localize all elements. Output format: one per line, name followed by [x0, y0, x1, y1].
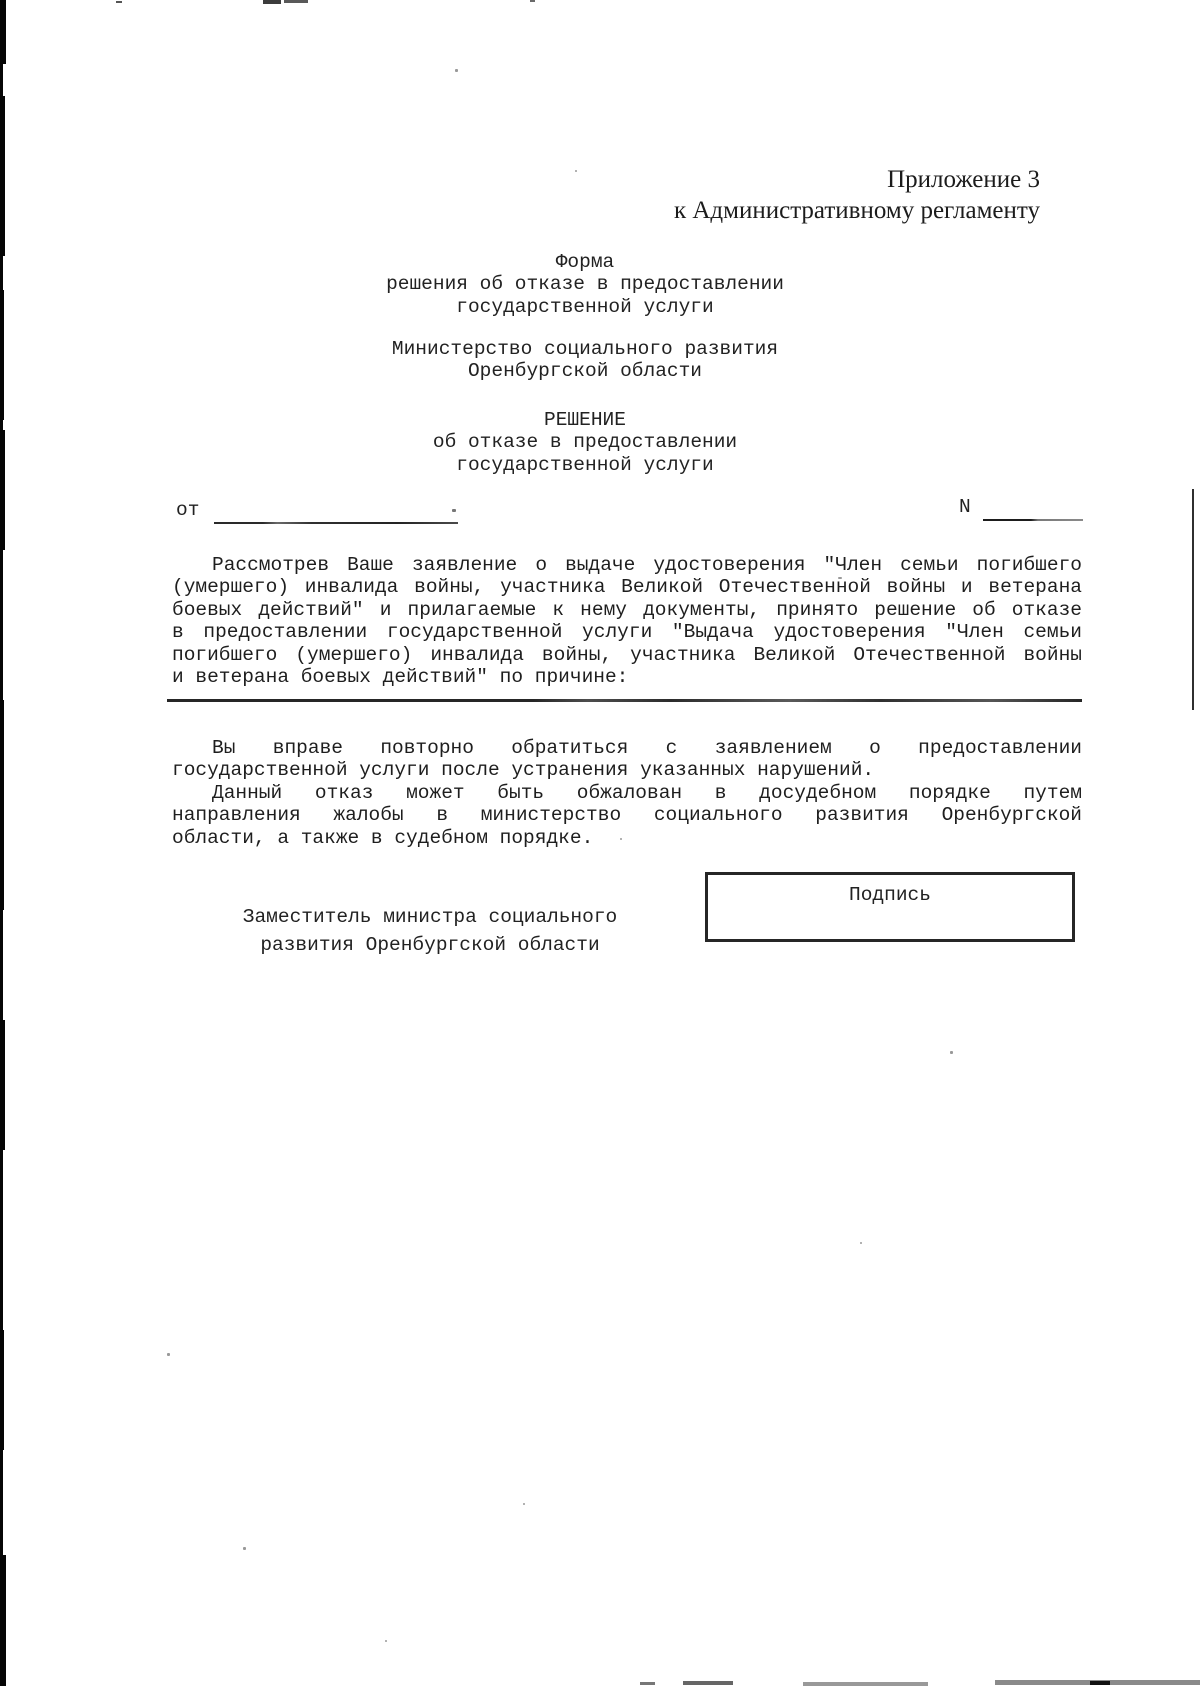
- scan-noise-dot: [1038, 588, 1040, 590]
- decision-heading-line: государственной услуги: [0, 454, 1170, 476]
- appendix-line-1: Приложение 3: [674, 164, 1040, 195]
- body-line: государственной услуги после устранения …: [172, 759, 1082, 781]
- ministry-line: Министерство социального развития: [0, 338, 1170, 360]
- scan-noise-dot: [452, 509, 456, 512]
- decision-heading: РЕШЕНИЕ об отказе в предоставлении госуд…: [0, 409, 1170, 476]
- signatory-post: Заместитель министра социального развити…: [230, 903, 630, 959]
- appendix-line-2: к Административному регламенту: [674, 195, 1040, 226]
- body-line: Рассмотрев Ваше заявление о выдаче удост…: [172, 554, 1082, 576]
- refusal-paragraph: Рассмотрев Ваше заявление о выдаче удост…: [172, 554, 1082, 688]
- scan-artifact-left-blob: [0, 1020, 5, 1150]
- date-label: от: [176, 499, 199, 521]
- body-line: в предоставлении государственной услуги …: [172, 621, 1082, 643]
- body-line: области, а также в судебном порядке.: [172, 827, 1082, 849]
- ministry-line: Оренбургской области: [0, 360, 1170, 382]
- body-line: погибшего (умершего) инвалида войны, уча…: [172, 644, 1082, 666]
- scan-artifact-top-dash: [263, 0, 281, 4]
- scan-artifact-right-line: [1192, 489, 1194, 710]
- scan-artifact-left-blob: [0, 0, 6, 64]
- scan-artifact-left-blob: [0, 96, 5, 256]
- scan-artifact-top-dash: [116, 1, 122, 3]
- number-blank-line: [983, 519, 1083, 521]
- body-line: и ветерана боевых действий" по причине:: [172, 666, 1082, 688]
- scan-artifact-left-blob: [0, 1330, 4, 1450]
- scan-artifact-left-blob: [0, 700, 4, 910]
- appeal-paragraphs: Вы вправе повторно обратиться с заявлени…: [172, 737, 1082, 849]
- scan-noise-dot: [167, 1353, 170, 1356]
- appendix-header: Приложение 3 к Административному регламе…: [674, 164, 1040, 226]
- scan-artifact-top-dash: [530, 0, 535, 2]
- body-line: Данный отказ может быть обжалован в досу…: [172, 782, 1082, 804]
- scan-noise-dot: [838, 577, 842, 579]
- scan-artifact-bottom-band: [640, 1682, 655, 1685]
- signatory-post-line: Заместитель министра социального: [230, 903, 630, 931]
- decision-heading-line: об отказе в предоставлении: [0, 431, 1170, 453]
- scan-artifact-bottom-band: [683, 1681, 733, 1685]
- form-caption-line: решения об отказе в предоставлении: [0, 273, 1170, 295]
- scan-noise-dot: [620, 838, 622, 840]
- signature-box-label: Подпись: [708, 884, 1072, 906]
- scan-noise-dot: [575, 170, 577, 172]
- ministry-name: Министерство социального развития Оренбу…: [0, 338, 1170, 383]
- form-caption: Форма решения об отказе в предоставлении…: [0, 251, 1170, 318]
- scanned-document-page: Приложение 3 к Административному регламе…: [0, 0, 1200, 1686]
- scan-noise-dot: [243, 1547, 246, 1550]
- scan-artifact-top-dash: [284, 0, 308, 3]
- form-caption-line: государственной услуги: [0, 296, 1170, 318]
- scan-noise-dot: [455, 69, 458, 72]
- body-line: направления жалобы в министерство социал…: [172, 804, 1082, 826]
- scan-noise-dot: [860, 1242, 862, 1244]
- scan-artifact-bottom-band: [1090, 1681, 1110, 1685]
- decision-heading-line: РЕШЕНИЕ: [0, 409, 1170, 431]
- body-line: боевых действий" и прилагаемые к нему до…: [172, 599, 1082, 621]
- signatory-post-line: развития Оренбургской области: [230, 931, 630, 959]
- date-blank-line: [214, 522, 458, 524]
- form-caption-line: Форма: [0, 251, 1170, 273]
- scan-artifact-bottom-band: [803, 1682, 928, 1686]
- scan-artifact-left-blob: [0, 1555, 6, 1686]
- number-label: N: [959, 496, 971, 518]
- signature-box: Подпись: [705, 872, 1075, 942]
- scan-noise-dot: [950, 1051, 953, 1054]
- scan-noise-dot: [523, 1503, 525, 1505]
- scan-noise-dot: [385, 1640, 387, 1642]
- body-line: (умершего) инвалида войны, участника Вел…: [172, 576, 1082, 598]
- reason-blank-line: [167, 699, 1082, 702]
- body-line: Вы вправе повторно обратиться с заявлени…: [172, 737, 1082, 759]
